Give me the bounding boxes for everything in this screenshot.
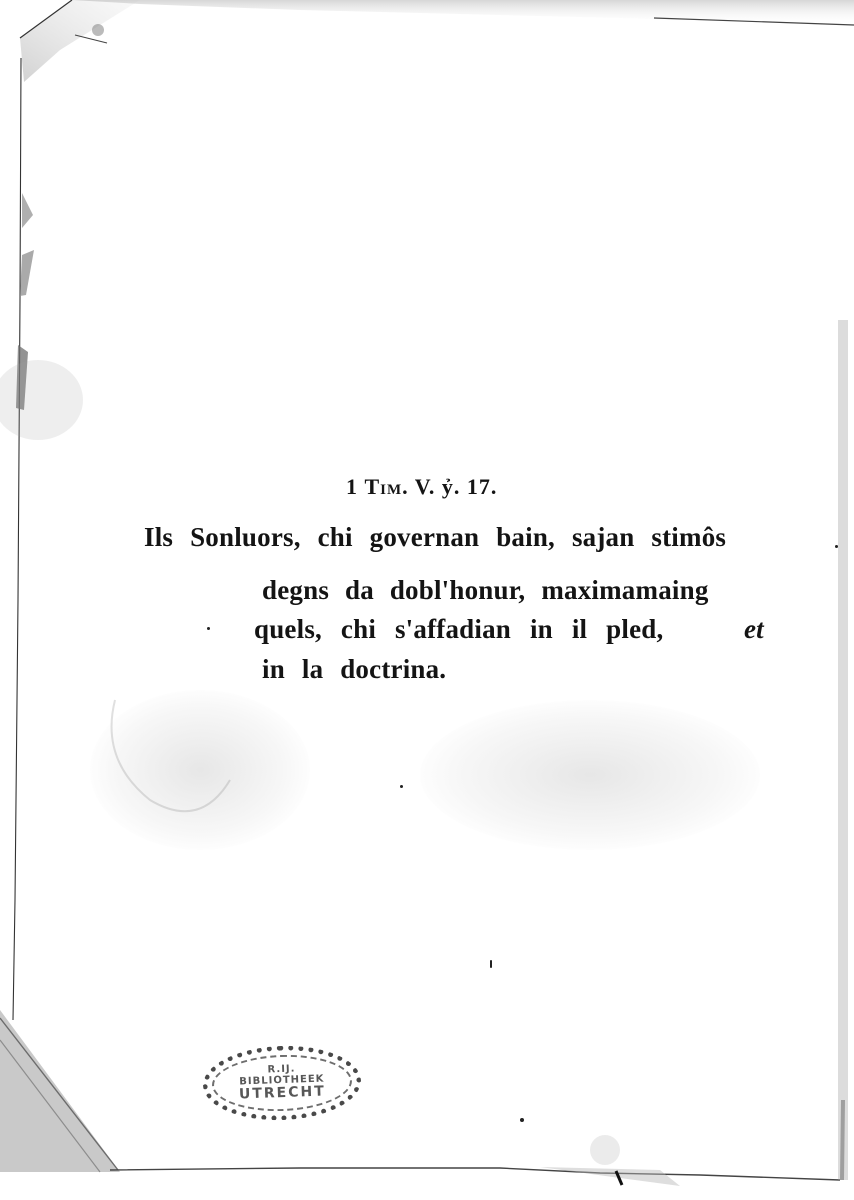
citation-verse-mark: ỷ. <box>442 474 461 499</box>
stamp-ring <box>211 1053 353 1114</box>
verse-line-3: quels, chi s'affadian in il pled, et <box>254 616 663 643</box>
bible-citation: 1 Tim. V. ỷ. 17. <box>346 474 497 500</box>
ink-speck <box>835 545 838 548</box>
scanned-page: 1 Tim. V. ỷ. 17. Ils Sonluors, chi gover… <box>0 0 854 1200</box>
ink-speck <box>520 1118 524 1122</box>
citation-chapter: V. <box>415 474 436 499</box>
citation-verse-number: 17. <box>467 474 498 499</box>
verse-line-4: in la doctrina. <box>262 656 446 683</box>
ink-speck <box>207 627 210 630</box>
ink-speck <box>400 785 403 788</box>
citation-book: Tim. <box>365 474 409 499</box>
verse-line-1: Ils Sonluors, chi governan bain, sajan s… <box>144 524 726 551</box>
show-through-smudge <box>90 690 310 850</box>
verse-line-3-tail: et <box>744 616 764 643</box>
show-through-smudge <box>420 700 760 850</box>
ink-speck <box>490 960 492 968</box>
citation-book-number: 1 <box>346 474 358 499</box>
verse-line-2: degns da dobl'honur, maximamaing <box>262 577 709 604</box>
verse-line-3-text: quels, chi s'affadian in il pled, <box>254 614 663 644</box>
